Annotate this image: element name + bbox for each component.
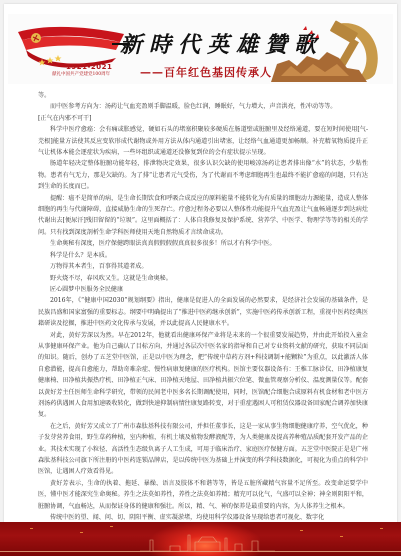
footer-divider (0, 551, 401, 552)
banner-subtitle: ——百年红色基因传承人 (140, 64, 272, 80)
paragraph: 2016年，《“健康中国2030”规划纲要》指出，健康是促进人的全面发展的必然要… (38, 295, 368, 329)
banner-years: 1921-2021 (66, 63, 112, 71)
paragraph: 等。 (38, 90, 368, 101)
spark-decoration (80, 532, 83, 533)
paragraph: 野火烧不尽，春风吹又生。这就是生命奥秘。 (38, 273, 368, 284)
spark-decoration (300, 530, 303, 531)
article-body: 等。 而中医参考方向为：汤药让气血充盈则手脚温暖，脸色红润，睡眠好，气力增大，声… (38, 90, 368, 523)
paragraph: 提醒：癌不是简单的病，是生命长期饮食和呼吸合成反应的原料能量不能转化为有质量的细… (38, 193, 368, 239)
flying-birds-icon (303, 26, 319, 42)
paragraph: 肠道年轻决定整体脏腑功能年轻，排泄物决定效果，很多认识欠缺的使用峻凉汤药让患者排… (38, 158, 368, 192)
document-page: 新時代英雄贊歌 1921-2021 献礼中国共产党建党100周年 ——百年红色基… (4, 4, 397, 556)
header-banner: 新時代英雄贊歌 1921-2021 献礼中国共产党建党100周年 ——百年红色基… (8, 14, 393, 84)
section-heading: 匠心圆梦中医服务全民健康 (38, 284, 368, 295)
paragraph: 在之后，黄好芳又成立了广州市森肽基科技有限公司，并担任董事长，这是一家从事生物细… (38, 421, 368, 478)
paragraph: 黄好芳表示，生命的执着、拖延、暴燥、语言及肢体不和谐等等，皆是五脏所藏精气容量不… (38, 478, 368, 512)
paragraph: [正气在内邪不可干] (38, 113, 368, 124)
paragraph: 科学是什么？是本质。 (38, 250, 368, 261)
paragraph: 科学中医疗愈癌：会有痛或胀感觉，硬如石头的堵塞积聚较多硬质在肠道壁或脏腑里及经络… (38, 124, 368, 158)
tiananmen-skyline-icon (140, 532, 275, 552)
paragraph: 生命奥秘有深度，医疗保健跨眼法真真假假假假真真很多很多！所以才有科学中医。 (38, 238, 368, 249)
paragraph: 而中医参考方向为：汤药让气血充盈则手脚温暖，脸色红润，睡眠好，气力增大，声音洪亮… (38, 101, 368, 112)
spark-decoration (110, 526, 113, 527)
monument-sculpture-icon (267, 16, 387, 84)
footer-banner (0, 522, 401, 556)
spark-decoration (30, 528, 33, 529)
paragraph: 万物得其本者生，百事得其道者成。 (38, 261, 368, 272)
paragraph: 对此，黄好芳深以为然。早在2012年，他就看出健康环保产业将是未来的一个很重要发… (38, 330, 368, 421)
spark-decoration (380, 528, 383, 529)
spark-decoration (340, 536, 343, 537)
banner-years-caption: 献礼中国共产党建党100周年 (52, 71, 110, 77)
